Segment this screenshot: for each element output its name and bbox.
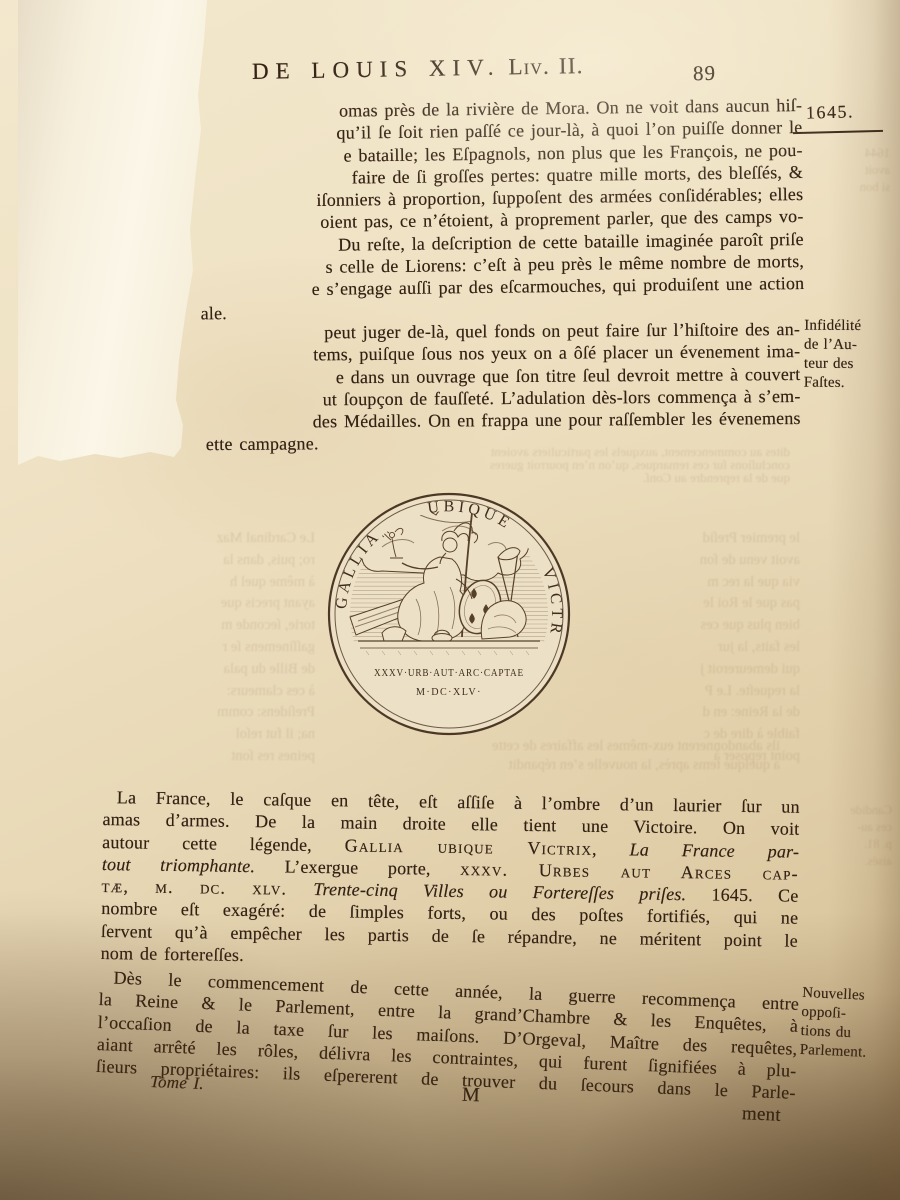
margin-year-note: 1645. xyxy=(806,100,855,124)
paragraph-medal-description: La France, le caſque en tête, eſt aſſiſe… xyxy=(101,786,800,974)
page-number: 89 xyxy=(693,62,716,85)
medal-exergue-line2: M·DC·XLV· xyxy=(416,687,482,698)
medal-engraving: GALLIA UBIQUE VICTRIX. XXXV·URB·AUT·ARC·… xyxy=(322,487,576,741)
signature-mark: M xyxy=(462,1084,481,1107)
book-photo: dites au commencement, auxquels les part… xyxy=(0,0,900,1200)
ghost-text-margin-middle: Candideces au-p. 81.aisés. xyxy=(800,802,892,870)
ghost-text-margin-top: 1644avoitsi bon xyxy=(806,145,890,196)
medal-exergue-line1: XXXV·URB·AUT·ARC·CAPTAE xyxy=(374,667,524,679)
margin-note-nouvelles: Nouvellesoppoſi-tions duParlement. xyxy=(799,984,898,1064)
paragraph-medal-introduction: peut juger de-là, quel fonds on peut fai… xyxy=(190,318,801,456)
ghost-text-right-of-medal: le premier Preſidavoit venu de ſonvia qu… xyxy=(580,528,800,768)
ghost-text-left-of-medal: Le Cardinal Mazro; puis, dans laà même q… xyxy=(103,528,315,768)
catchword: ment xyxy=(742,1103,782,1127)
paragraph-battle-account: omas près de la rivière de Mora. On ne v… xyxy=(190,94,805,324)
page-title: DE LOUIS XIV. Liv. II. xyxy=(252,55,584,83)
ghost-text-below-medal: ils abandonnerent eux-mêmes les affaires… xyxy=(160,737,780,775)
margin-note-infidelite: Infidélitéde l’Au-teur desFaſtes. xyxy=(804,317,897,394)
tome-label: Tome I. xyxy=(150,1071,205,1095)
